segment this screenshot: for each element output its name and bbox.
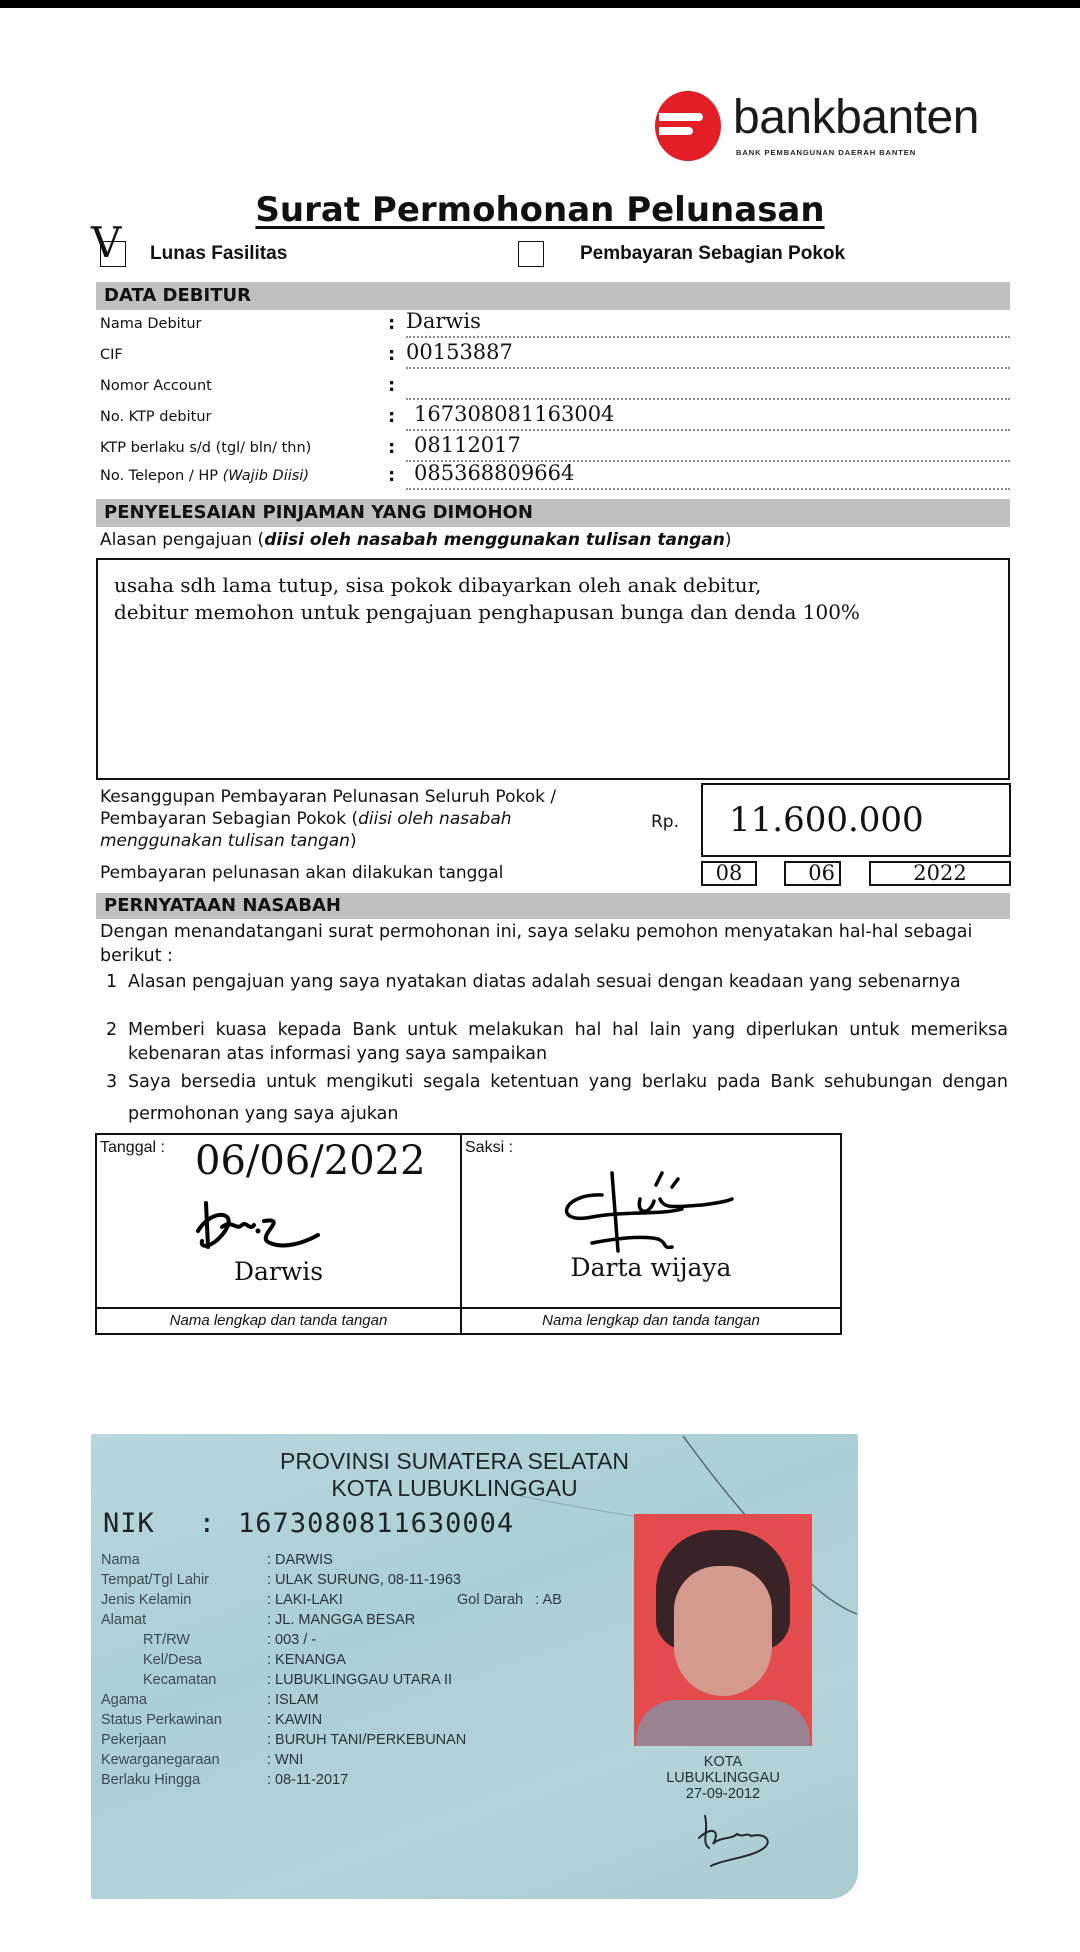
capacity-label: Kesanggupan Pembayaran Pelunasan Seluruh…	[100, 786, 620, 852]
witness-name: Darta wijaya	[462, 1253, 840, 1282]
amount-field[interactable]: 11.600.000	[701, 783, 1011, 857]
bank-logo: bankbanten BANK PEMBANGUNAN DAERAH BANTE…	[655, 88, 1010, 166]
check-mark-icon: V	[91, 222, 121, 264]
statement-intro: Dengan menandatangani surat permohonan i…	[100, 920, 1008, 968]
field-no-telepon[interactable]: No. Telepon / HP (Wajib Diisi): 08536880…	[100, 460, 1010, 490]
applicant-signature-icon	[192, 1197, 332, 1257]
payment-month-field[interactable]: 06	[784, 861, 841, 886]
field-ktp-berlaku[interactable]: KTP berlaku s/d (tgl/ bln/ thn): 0811201…	[100, 432, 1010, 462]
witness-label: Saksi :	[465, 1139, 513, 1157]
section-penyelesaian-pinjaman: PENYELESAIAN PINJAMAN YANG DIMOHON	[96, 499, 1010, 527]
reason-textarea[interactable]: usaha sdh lama tutup, sisa pokok dibayar…	[96, 558, 1010, 780]
applicant-name: Darwis	[97, 1257, 460, 1286]
ktp-issue-info: KOTA LUBUKLINGGAU 27-09-2012	[613, 1754, 833, 1802]
reason-line: debitur memohon untuk pengajuan penghapu…	[114, 599, 992, 626]
ktp-portrait-photo	[634, 1514, 812, 1746]
reason-line: usaha sdh lama tutup, sisa pokok dibayar…	[114, 572, 992, 599]
reason-label: Alasan pengajuan (diisi oleh nasabah men…	[100, 530, 732, 550]
bank-logo-wordmark: bankbanten	[733, 90, 979, 145]
statement-item: 1 Alasan pengajuan yang saya nyatakan di…	[106, 970, 1008, 994]
checkbox-pembayaran-sebagian[interactable]	[518, 241, 544, 267]
payment-day-field[interactable]: 08	[701, 861, 757, 886]
section-pernyataan-nasabah: PERNYATAAN NASABAH	[96, 893, 1010, 919]
option-pembayaran-sebagian[interactable]: Pembayaran Sebagian Pokok	[518, 241, 845, 267]
checkbox-lunas-fasilitas[interactable]: V	[100, 241, 126, 267]
ktp-nik: NIK:1673080811630004	[103, 1508, 514, 1539]
ktp-header: PROVINSI SUMATERA SELATAN KOTA LUBUKLING…	[91, 1448, 858, 1502]
currency-label: Rp.	[651, 812, 679, 832]
witness-signature-cell[interactable]: Saksi : Darta wijaya	[462, 1135, 840, 1307]
bank-logo-icon	[655, 91, 721, 161]
ktp-blood-type: Gol Darah : AB	[457, 1592, 562, 1608]
field-nama-debitur[interactable]: Nama Debitur: Darwis	[100, 308, 1010, 338]
field-no-ktp[interactable]: No. KTP debitur: 167308081163004	[100, 401, 1010, 431]
top-black-bar	[0, 0, 1080, 8]
ktp-signature-icon	[691, 1812, 781, 1868]
statement-item: 2 Memberi kuasa kepada Bank untuk melaku…	[106, 1018, 1008, 1066]
witness-signature-icon	[542, 1165, 742, 1257]
field-nomor-account[interactable]: Nomor Account:	[100, 370, 1010, 400]
signature-date: 06/06/2022	[195, 1139, 426, 1183]
ktp-id-card-photo: PROVINSI SUMATERA SELATAN KOTA LUBUKLING…	[91, 1434, 858, 1899]
statement-item: 3 Saya bersedia untuk mengikuti segala k…	[106, 1066, 1008, 1130]
date-label: Tanggal :	[100, 1139, 165, 1157]
witness-footer: Nama lengkap dan tanda tangan	[462, 1307, 840, 1333]
option-lunas-fasilitas[interactable]: V Lunas Fasilitas	[100, 241, 287, 267]
signature-table: Tanggal : 06/06/2022 Darwis Saksi : Dart…	[95, 1133, 842, 1335]
payment-date-label: Pembayaran pelunasan akan dilakukan tang…	[100, 863, 503, 883]
applicant-footer: Nama lengkap dan tanda tangan	[97, 1307, 462, 1333]
section-data-debitur: DATA DEBITUR	[96, 282, 1010, 310]
applicant-signature-cell[interactable]: Tanggal : 06/06/2022 Darwis	[97, 1135, 462, 1307]
bank-logo-tagline: BANK PEMBANGUNAN DAERAH BANTEN	[736, 148, 916, 157]
document-title: Surat Permohonan Pelunasan	[0, 190, 1080, 230]
payment-year-field[interactable]: 2022	[869, 861, 1011, 886]
option-label: Lunas Fasilitas	[150, 243, 287, 265]
field-cif[interactable]: CIF: 00153887	[100, 339, 1010, 369]
option-label: Pembayaran Sebagian Pokok	[580, 243, 845, 265]
